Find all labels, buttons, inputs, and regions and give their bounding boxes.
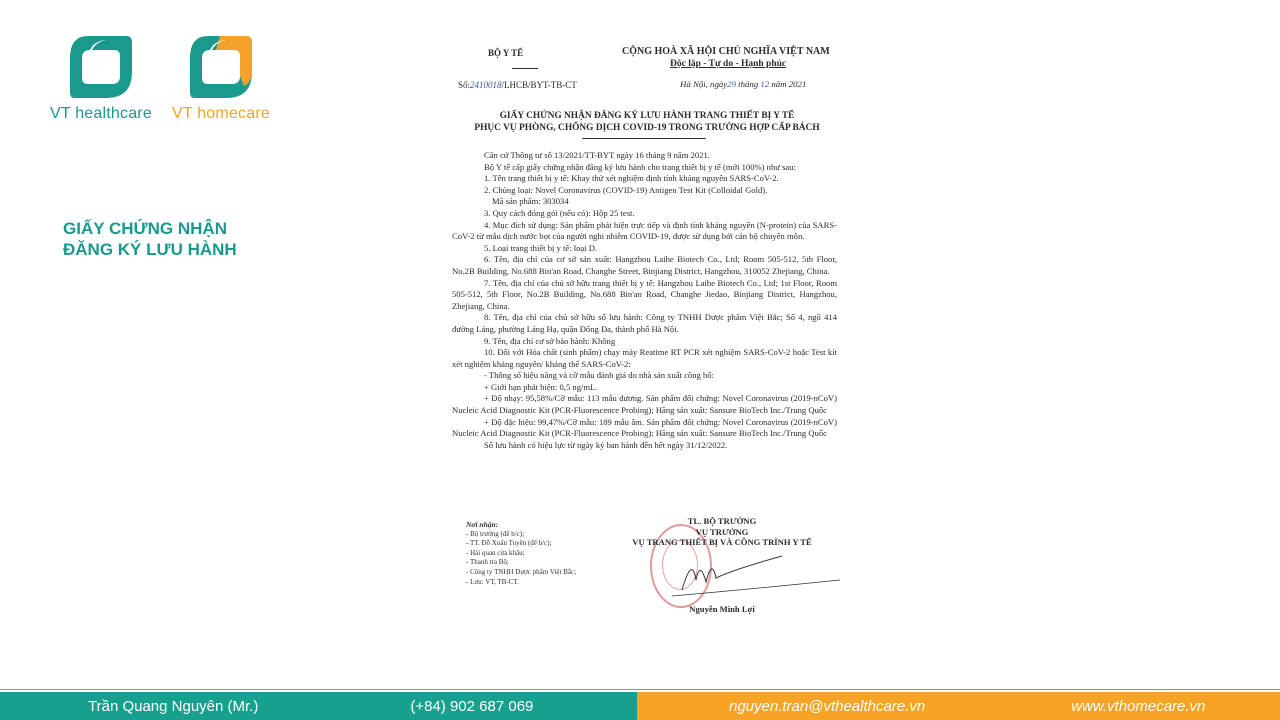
document-body: Căn cứ Thông tư số 13/2021/TT-BYT ngày 1… — [452, 150, 837, 451]
sign-line-3: VỤ TRANG THIẾT BỊ VÀ CÔNG TRÌNH Y TẾ — [602, 537, 842, 548]
document-title-line-2: PHỤC VỤ PHÒNG, CHỐNG DỊCH COVID-19 TRONG… — [452, 122, 842, 134]
date-mid: tháng — [736, 79, 760, 89]
document-header: BỘ Y TẾ Số:2410018/LHCB/BYT-TB-CT CỘNG H… — [452, 42, 842, 84]
recipients-label: Nơi nhận: — [466, 520, 606, 530]
document-number-suffix: /LHCB/BYT-TB-CT — [502, 80, 577, 90]
ministry-underline — [512, 68, 538, 69]
section-title-line-2: ĐĂNG KÝ LƯU HÀNH — [63, 239, 237, 260]
vt-healthcare-wordmark: VT healthcare — [50, 105, 152, 123]
vt-homecare-wordmark: VT homecare — [172, 105, 270, 123]
document-paragraph: Mã sản phẩm: 303034 — [452, 196, 837, 208]
signer-name: Nguyễn Minh Lợi — [602, 604, 842, 616]
contact-name: Trần Quang Nguyên (Mr.) — [88, 698, 258, 715]
date-month: 12 — [760, 79, 769, 89]
footer-right-band: nguyen.tran@vthealthcare.vn www.vthomeca… — [637, 692, 1280, 720]
document-paragraph: 2. Chủng loại: Novel Coronavirus (COVID-… — [452, 185, 837, 197]
issuing-ministry: BỘ Y TẾ — [488, 48, 523, 60]
sign-line-1: TL. BỘ TRƯỞNG — [602, 516, 842, 527]
document-title-line-1: GIẤY CHỨNG NHẬN ĐĂNG KÝ LƯU HÀNH TRANG T… — [452, 110, 842, 122]
document-title: GIẤY CHỨNG NHẬN ĐĂNG KÝ LƯU HÀNH TRANG T… — [452, 110, 842, 134]
national-motto: Độc lập - Tự do - Hạnh phúc — [670, 59, 786, 71]
recipients-list: - Bộ trưởng (để b/c);- TT. Đỗ Xuân Tuyên… — [466, 530, 606, 588]
document-paragraph: + Độ nhạy: 95,58%/Cỡ mẫu: 113 mẫu dương.… — [452, 393, 837, 416]
signature-block: TL. BỘ TRƯỞNG VỤ TRƯỞNG VỤ TRANG THIẾT B… — [602, 516, 842, 548]
document-paragraph: 9. Tên, địa chỉ cơ sở bảo hành: Không — [452, 336, 837, 348]
national-header: CỘNG HOÀ XÃ HỘI CHỦ NGHĨA VIỆT NAM — [622, 46, 830, 58]
contact-phone[interactable]: (+84) 902 687 069 — [410, 698, 533, 715]
recipient-item: - Thanh tra Bộ; — [466, 558, 606, 568]
document-number-handwritten: 2410018 — [470, 80, 502, 90]
vt-homecare-leaf-icon — [186, 32, 256, 102]
document-paragraph: - Thông số hiệu năng và cỡ mẫu đánh giá … — [452, 370, 837, 382]
document-paragraph: + Giới hạn phát hiện: 0,5 ng/mL. — [452, 382, 837, 394]
document-paragraph: 4. Mục đích sử dụng: Sản phẩm phát hiện … — [452, 220, 837, 243]
document-paragraph: 1. Tên trang thiết bị y tế: Khay thử xét… — [452, 173, 837, 185]
title-underline — [582, 138, 706, 139]
document-paragraph: Bộ Y tế cấp giấy chứng nhận đăng ký lưu … — [452, 162, 837, 174]
document-paragraph: 8. Tên, địa chỉ của chủ sở hữu số lưu hà… — [452, 312, 837, 335]
footer-divider — [0, 689, 1280, 690]
vt-healthcare-leaf-icon — [66, 32, 136, 102]
recipient-item: - Hải quan cửa khẩu; — [466, 549, 606, 559]
handwritten-signature-icon — [662, 550, 842, 600]
document-date: Hà Nội, ngày29 tháng 12 năm 2021 — [680, 79, 806, 91]
document-paragraph: + Độ đặc hiệu: 99,47%/Cỡ mẫu: 189 mẫu âm… — [452, 417, 837, 440]
recipient-item: - Bộ trưởng (để b/c); — [466, 530, 606, 540]
certificate-document: BỘ Y TẾ Số:2410018/LHCB/BYT-TB-CT CỘNG H… — [452, 42, 842, 612]
vt-healthcare-logo: VT healthcare — [50, 32, 152, 123]
contact-footer: Trần Quang Nguyên (Mr.) (+84) 902 687 06… — [0, 692, 1280, 720]
document-paragraph: 5. Loại trang thiết bị y tế: loại D. — [452, 243, 837, 255]
document-paragraph: 7. Tên, địa chỉ của chủ sở hữu trang thi… — [452, 278, 837, 313]
date-day: 29 — [727, 79, 736, 89]
section-title: GIẤY CHỨNG NHẬN ĐĂNG KÝ LƯU HÀNH — [63, 218, 237, 260]
document-paragraph: Căn cứ Thông tư số 13/2021/TT-BYT ngày 1… — [452, 150, 837, 162]
document-number: Số:2410018/LHCB/BYT-TB-CT — [458, 80, 577, 92]
document-paragraph: 3. Quy cách đóng gói (nếu có): Hộp 25 te… — [452, 208, 837, 220]
document-paragraph: 10. Đối với Hóa chất (sinh phẩm) chạy má… — [452, 347, 837, 370]
recipients-block: Nơi nhận: - Bộ trưởng (để b/c);- TT. Đỗ … — [466, 520, 606, 587]
sign-line-2: VỤ TRƯỞNG — [602, 527, 842, 538]
footer-left-band: Trần Quang Nguyên (Mr.) (+84) 902 687 06… — [0, 692, 637, 720]
recipient-item: - Lưu: VT, TB-CT. — [466, 578, 606, 588]
recipient-item: - Công ty TNHH Dược phẩm Việt Bắc; — [466, 568, 606, 578]
date-suffix: năm 2021 — [769, 79, 806, 89]
document-number-prefix: Số: — [458, 80, 470, 90]
vt-homecare-logo: VT homecare — [172, 32, 270, 123]
document-paragraph: Số lưu hành có hiệu lực từ ngày ký ban h… — [452, 440, 837, 452]
section-title-line-1: GIẤY CHỨNG NHẬN — [63, 218, 237, 239]
website-link[interactable]: www.vthomecare.vn — [1071, 698, 1205, 715]
document-paragraph: 6. Tên, địa chỉ của cơ sở sản xuất: Hang… — [452, 254, 837, 277]
recipient-item: - TT. Đỗ Xuân Tuyên (để b/c); — [466, 539, 606, 549]
contact-email-link[interactable]: nguyen.tran@vthealthcare.vn — [729, 698, 925, 715]
date-prefix: Hà Nội, ngày — [680, 79, 727, 89]
